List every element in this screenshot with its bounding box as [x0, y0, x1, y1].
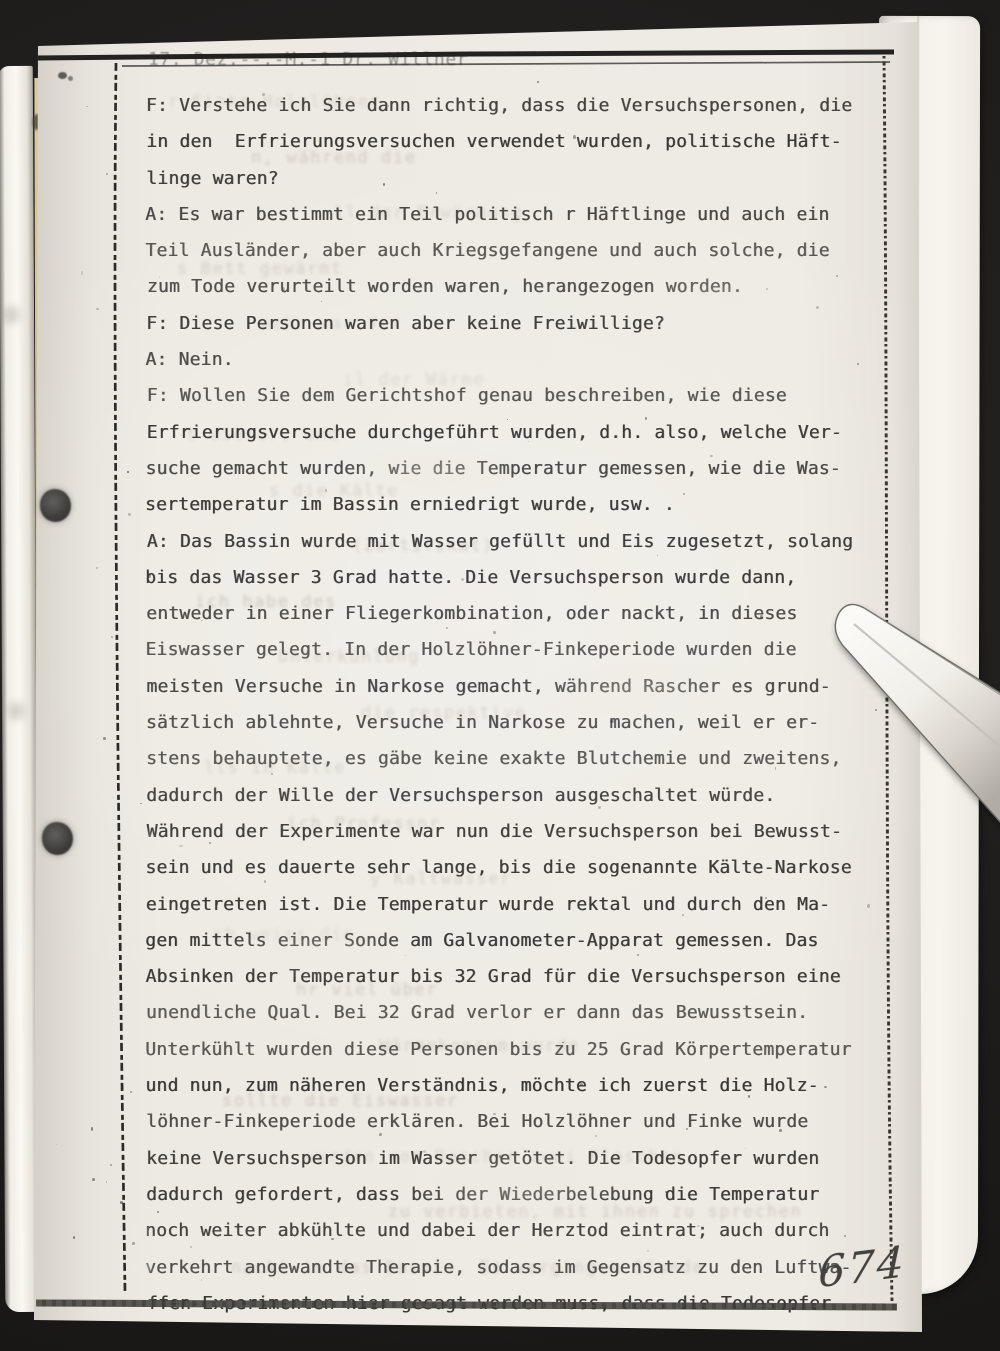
- hole-punch: [42, 822, 73, 855]
- typed-line: F: Diese Personen waren aber keine Freiw…: [146, 306, 891, 342]
- typed-line: bis das Wasser 3 Grad hatte. Die Versuch…: [145, 560, 890, 596]
- typed-line: Unterkühlt wurden diese Personen bis zu …: [145, 1032, 890, 1068]
- typed-line: F: Verstehe ich Sie dann richtig, dass d…: [146, 88, 891, 124]
- typed-line: dadurch gefordert, dass bei der Wiederbe…: [146, 1177, 891, 1213]
- typed-text-body: F: Verstehe ich Sie dann richtig, dass d…: [146, 88, 891, 1322]
- typed-line: sätzlich ablehnte, Versuche in Narkose z…: [146, 705, 891, 741]
- typed-line: dadurch der Wille der Versuchsperson aus…: [146, 778, 891, 814]
- typed-line: gen mittels einer Sonde am Galvanometer-…: [145, 923, 890, 959]
- typed-line: ffen-Experimenten hier gesagt werden mus…: [147, 1286, 892, 1322]
- typed-line: F: Wollen Sie dem Gerichtshof genau besc…: [147, 378, 892, 414]
- typed-line: Während der Experimente war nun die Vers…: [147, 814, 892, 850]
- typed-line: unendliche Qual. Bei 32 Grad verlor er d…: [146, 995, 891, 1031]
- typed-line: A: Nein.: [146, 342, 891, 378]
- typed-line: Erfrierungsversuche durchgeführt wurden,…: [147, 415, 892, 451]
- typed-line: Eiswasser gelegt. In der Holzlöhner-Fink…: [146, 632, 891, 668]
- book-page-edges: [0, 66, 39, 1312]
- typed-line: sertemperatur im Bassin erniedrigt wurde…: [145, 487, 890, 523]
- typed-line: meisten Versuche in Narkose gemacht, wäh…: [147, 669, 892, 705]
- typed-line: linge waren?: [146, 161, 891, 197]
- typed-line: in den Erfrierungsversuchen verwendet wu…: [146, 124, 891, 160]
- ink-mark: [58, 72, 67, 79]
- typed-line: A: Das Bassin wurde mit Wasser gefüllt u…: [147, 524, 892, 560]
- typed-line: noch weiter abkühlte und dabei der Herzt…: [145, 1213, 890, 1249]
- typed-line: zum Tode verurteilt worden waren, herang…: [147, 269, 892, 305]
- hole-shadow: [2, 306, 20, 324]
- typed-line: entweder in einer Fliegerkombination, od…: [146, 596, 891, 632]
- typed-line: löhner-Finkeperiode erklären. Bei Holzlö…: [146, 1104, 891, 1140]
- header-line: 17. Dez.--.-M.-1 Dr. Willner: [148, 49, 468, 70]
- ink-mark: [68, 76, 73, 81]
- typed-line: A: Es war bestimmt ein Teil politisch r …: [145, 197, 890, 233]
- hole-punch: [40, 489, 71, 522]
- typed-line: Absinken der Temperatur bis 32 Grad für …: [146, 959, 891, 995]
- typed-line: suche gemacht wurden, wie die Temperatur…: [146, 451, 891, 487]
- hole-shadow: [7, 702, 25, 720]
- typed-line: stens behauptete, es gäbe keine exakte B…: [146, 741, 891, 777]
- typed-line: Teil Ausländer, aber auch Kriegsgefangen…: [146, 233, 891, 269]
- typed-line: und nun, zum näheren Verständnis, möchte…: [146, 1068, 891, 1104]
- typed-line: verkehrt angewandte Therapie, sodass im …: [145, 1250, 890, 1286]
- typed-line: sein und es dauerte sehr lange, bis die …: [146, 850, 891, 886]
- photo-of-document: r Finke-Holzlöhnern, während diell der E…: [0, 0, 1000, 1351]
- typed-line: eingetreten ist. Die Temperatur wurde re…: [146, 887, 891, 923]
- typed-line: keine Versuchsperson im Wasser getötet. …: [146, 1141, 891, 1177]
